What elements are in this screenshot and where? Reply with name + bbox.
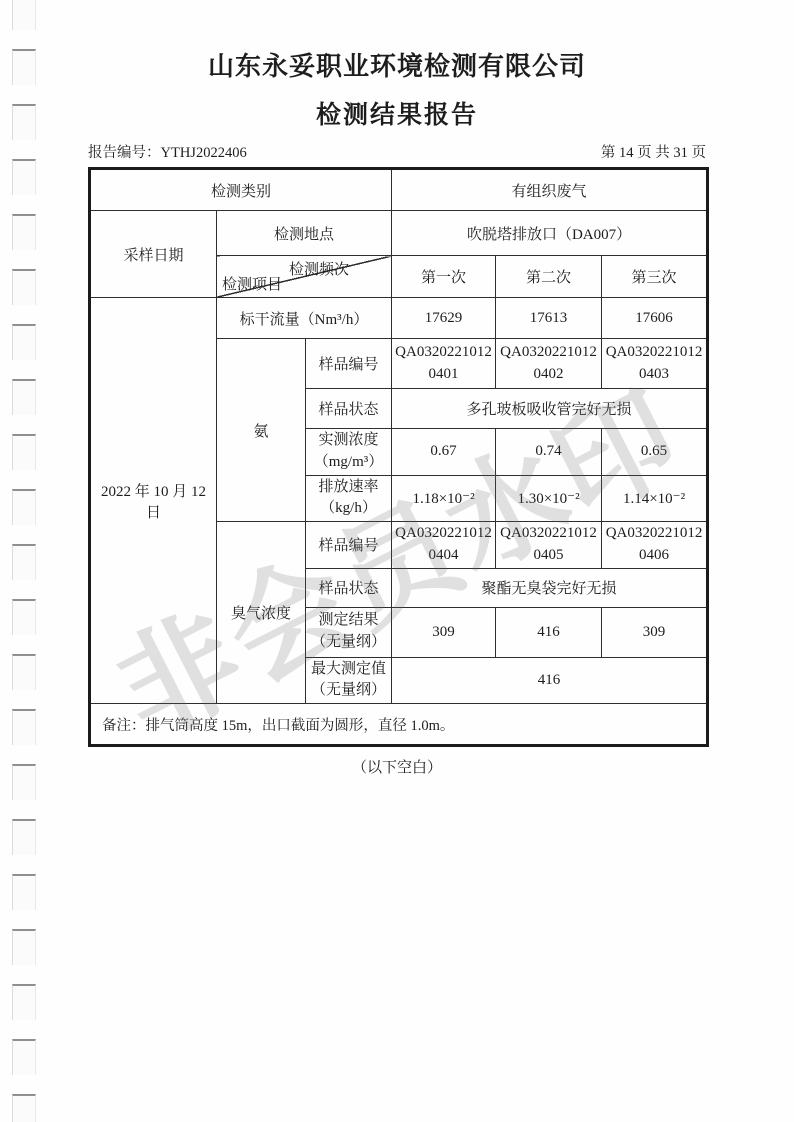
conc-label-line2: （mg/m³） (308, 452, 389, 474)
cell-ammonia-sample-no-2: QA0320221012 0402 (496, 339, 602, 389)
sample-no-line2: 0405 (498, 545, 599, 567)
cell-flow-1: 17629 (392, 298, 496, 339)
cell-ammonia-rate-label: 排放速率 （kg/h） (306, 475, 392, 522)
binding-mark (12, 269, 36, 305)
binding-mark (12, 819, 36, 855)
below-blank-note: （以下空白） (88, 756, 706, 777)
cell-odor-result-2: 416 (496, 607, 602, 657)
sample-no-line1: QA0320221012 (394, 342, 493, 364)
max-label-line2: （无量纲） (308, 680, 389, 702)
sample-no-line1: QA0320221012 (604, 523, 704, 545)
cell-ammonia-sample-no-1: QA0320221012 0401 (392, 339, 496, 389)
cell-ammonia-rate-1: 1.18×10⁻² (392, 475, 496, 522)
binding-mark (12, 544, 36, 580)
cell-category-value: 有组织废气 (392, 169, 708, 211)
result-label-line1: 测定结果 (308, 610, 389, 632)
diag-label-item: 检测项目 (222, 273, 282, 294)
cell-ammonia-state-label: 样品状态 (306, 389, 392, 429)
sample-no-line1: QA0320221012 (394, 523, 493, 545)
cell-ammonia-sample-no-3: QA0320221012 0403 (602, 339, 708, 389)
cell-odor-result-3: 309 (602, 607, 708, 657)
cell-odor-name: 臭气浓度 (217, 522, 306, 704)
binding-mark (12, 709, 36, 745)
report-meta: 报告编号：YTHJ2022406 第 14 页 共 31 页 (88, 141, 706, 162)
cell-ammonia-conc-label: 实测浓度 （mg/m³） (306, 429, 392, 476)
cell-location-value: 吹脱塔排放口（DA007） (392, 211, 708, 256)
cell-run-1: 第一次 (392, 256, 496, 298)
cell-ammonia-rate-3: 1.14×10⁻² (602, 475, 708, 522)
cell-ammonia-conc-3: 0.65 (602, 429, 708, 476)
binding-mark (12, 379, 36, 415)
binding-mark (12, 214, 36, 250)
binding-mark (12, 874, 36, 910)
max-label-line1: 最大测定值 (308, 659, 389, 681)
cell-odor-sample-no-1: QA0320221012 0404 (392, 522, 496, 569)
report-title: 检测结果报告 (0, 95, 794, 131)
binding-mark (12, 159, 36, 195)
binding-mark (12, 434, 36, 470)
sample-no-line2: 0403 (604, 364, 704, 386)
cell-flow-label: 标干流量（Nm³/h） (217, 298, 392, 339)
binding-mark (12, 1039, 36, 1075)
report-number: 报告编号：YTHJ2022406 (88, 141, 247, 162)
conc-label-line1: 实测浓度 (308, 430, 389, 452)
binding-mark (12, 49, 36, 85)
binding-mark (12, 104, 36, 140)
cell-run-3: 第三次 (602, 256, 708, 298)
binding-mark (12, 929, 36, 965)
cell-remark: 备注：排气筒高度 15m，出口截面为圆形，直径 1.0m。 (90, 704, 708, 746)
cell-odor-sample-no-2: QA0320221012 0405 (496, 522, 602, 569)
cell-ammonia-state-value: 多孔玻板吸收管完好无损 (392, 389, 708, 429)
company-title: 山东永妥职业环境检测有限公司 (0, 0, 794, 83)
cell-odor-sample-no-label: 样品编号 (306, 522, 392, 569)
cell-run-2: 第二次 (496, 256, 602, 298)
diag-label-frequency: 检测频次 (289, 258, 349, 279)
cell-odor-max-label: 最大测定值 （无量纲） (306, 657, 392, 704)
cell-ammonia-rate-2: 1.30×10⁻² (496, 475, 602, 522)
row-location: 采样日期 检测地点 吹脱塔排放口（DA007） (90, 211, 708, 256)
cell-category-label: 检测类别 (90, 169, 392, 211)
binding-mark (12, 764, 36, 800)
cell-diagonal-header: 检测频次 检测项目 (217, 256, 392, 298)
cell-odor-state-value: 聚酯无臭袋完好无损 (392, 568, 708, 607)
rate-label-line2: （kg/h） (308, 498, 389, 520)
cell-flow-2: 17613 (496, 298, 602, 339)
cell-ammonia-conc-1: 0.67 (392, 429, 496, 476)
report-page: 非会员水印 山东永妥职业环境检测有限公司 检测结果报告 报告编号：YTHJ202… (0, 0, 794, 1122)
row-remark: 备注：排气筒高度 15m，出口截面为圆形，直径 1.0m。 (90, 704, 708, 746)
binding-mark (12, 0, 36, 30)
cell-sampling-date: 2022 年 10 月 12 日 (90, 298, 217, 704)
sample-no-line2: 0402 (498, 364, 599, 386)
cell-location-label: 检测地点 (217, 211, 392, 256)
cell-flow-3: 17606 (602, 298, 708, 339)
row-flow: 2022 年 10 月 12 日 标干流量（Nm³/h） 17629 17613… (90, 298, 708, 339)
cell-odor-state-label: 样品状态 (306, 568, 392, 607)
sample-no-line2: 0404 (394, 545, 493, 567)
row-category: 检测类别 有组织废气 (90, 169, 708, 211)
cell-odor-result-label: 测定结果 （无量纲） (306, 607, 392, 657)
cell-sampling-date-label: 采样日期 (90, 211, 217, 298)
binding-mark (12, 489, 36, 525)
binding-mark (12, 654, 36, 690)
cell-odor-max-value: 416 (392, 657, 708, 704)
cell-odor-sample-no-3: QA0320221012 0406 (602, 522, 708, 569)
cell-ammonia-conc-2: 0.74 (496, 429, 602, 476)
binding-mark (12, 599, 36, 635)
binding-mark (12, 324, 36, 360)
binding-mark (12, 1094, 36, 1122)
page-indicator: 第 14 页 共 31 页 (601, 141, 706, 162)
rate-label-line1: 排放速率 (308, 477, 389, 499)
cell-ammonia-sample-no-label: 样品编号 (306, 339, 392, 389)
results-table: 检测类别 有组织废气 采样日期 检测地点 吹脱塔排放口（DA007） 检测频次 … (88, 167, 709, 747)
sample-no-line2: 0406 (604, 545, 704, 567)
sample-no-line2: 0401 (394, 364, 493, 386)
sample-no-line1: QA0320221012 (498, 523, 599, 545)
sample-no-line1: QA0320221012 (604, 342, 704, 364)
cell-ammonia-name: 氨 (217, 339, 306, 522)
sample-no-line1: QA0320221012 (498, 342, 599, 364)
result-label-line2: （无量纲） (308, 632, 389, 654)
cell-odor-result-1: 309 (392, 607, 496, 657)
binding-mark (12, 984, 36, 1020)
